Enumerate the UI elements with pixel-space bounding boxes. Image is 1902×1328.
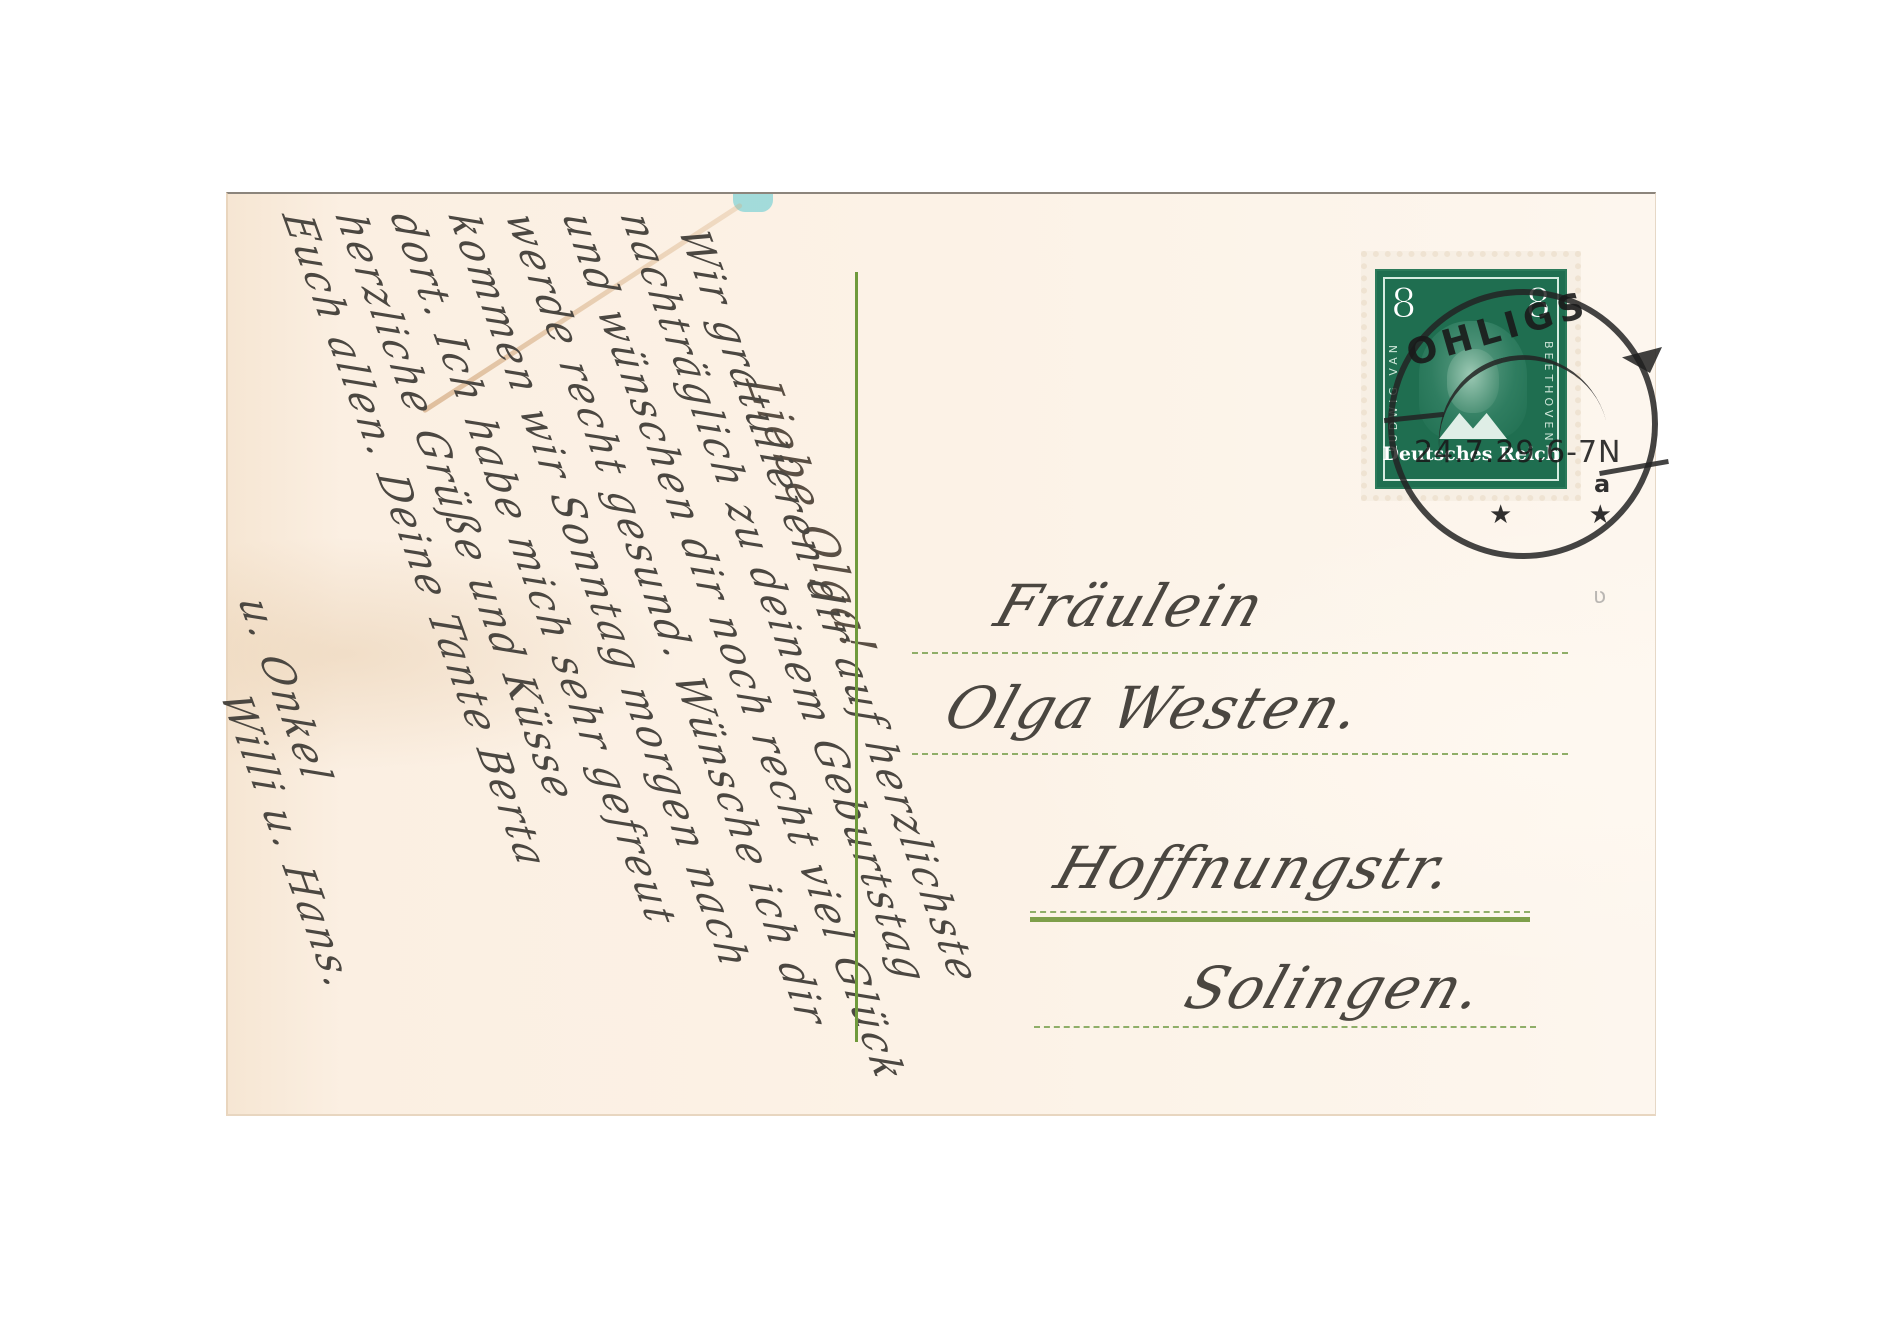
address-street: Hoffnungstr. bbox=[1047, 834, 1464, 902]
address-line-3-dotted bbox=[1030, 911, 1530, 913]
address-line-4 bbox=[1034, 1026, 1536, 1028]
faint-pencil-mark: ʋ bbox=[1593, 584, 1606, 609]
postcard: Liebe Olga! Wir gratulieren dir auf herz… bbox=[226, 192, 1656, 1116]
stamp-value-left: 8 bbox=[1391, 281, 1416, 327]
address-recipient-title: Fräulein bbox=[987, 572, 1274, 640]
address-line-3 bbox=[1030, 917, 1530, 922]
postmark-stars-icon: ★ ★ bbox=[1489, 500, 1646, 530]
postmark-letter: a bbox=[1594, 470, 1610, 498]
address-line-1 bbox=[912, 652, 1568, 654]
address-recipient-name: Olga Westen. bbox=[937, 674, 1372, 742]
postmark-date: 24.7.29.6-7N bbox=[1414, 435, 1621, 470]
postmark: OHLIGS 24.7.29.6-7N a ★ ★ bbox=[1388, 289, 1658, 559]
postmark-bar bbox=[1384, 412, 1444, 423]
address-line-2 bbox=[912, 753, 1568, 755]
address-city: Solingen. bbox=[1177, 954, 1493, 1022]
vertical-divider bbox=[855, 272, 858, 1042]
